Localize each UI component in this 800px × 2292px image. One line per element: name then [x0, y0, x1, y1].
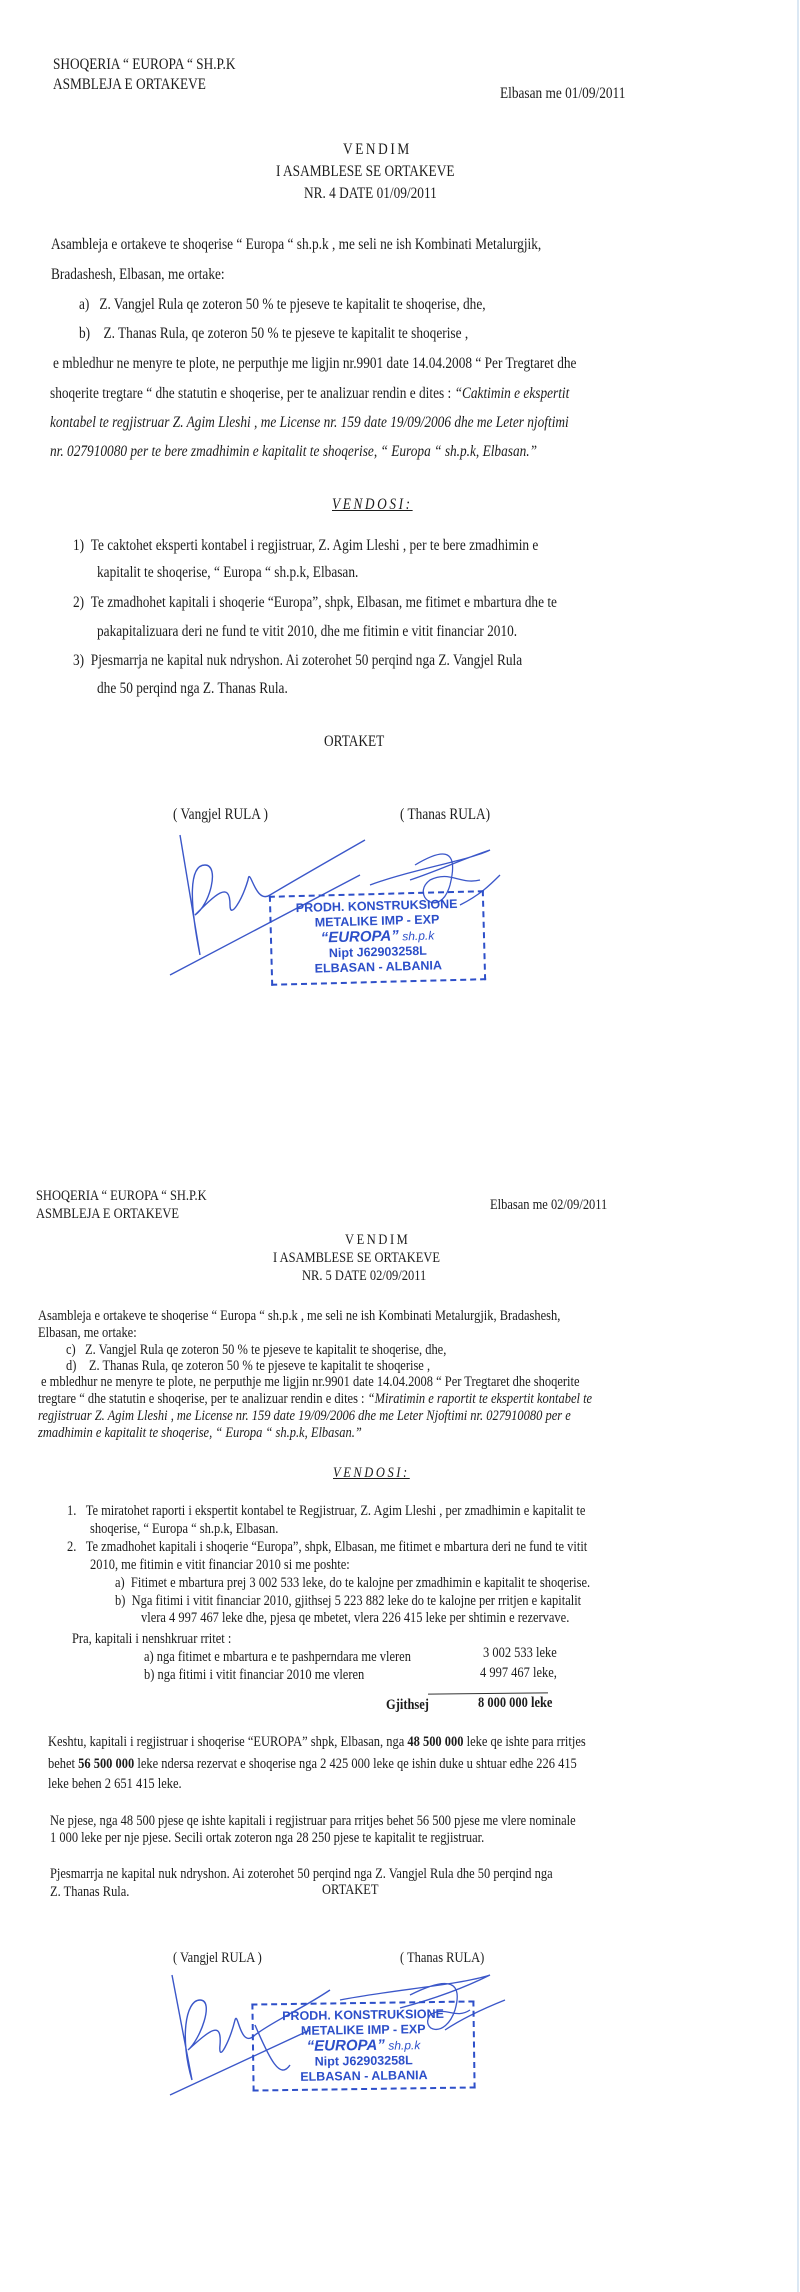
body-line: e mbledhur ne menyre te plote, ne perput…: [41, 1374, 580, 1391]
document-subtitle: I ASAMBLESE SE ORTAKEVE: [276, 163, 454, 181]
increase-row-value: 3 002 533 leke: [483, 1645, 557, 1662]
document-title: VENDIM: [345, 1232, 410, 1249]
scan-edge: [797, 0, 799, 2292]
partner-text: Z. Vangjel Rula qe zoteron 50 % te pjese…: [85, 1342, 446, 1358]
list-marker: c): [66, 1342, 76, 1358]
company-name: SHOQERIA “ EUROPA “ SH.P.K: [53, 56, 235, 74]
signatory-vangjel: ( Vangjel RULA ): [173, 1950, 262, 1967]
signatory-thanas: ( Thanas RULA): [400, 806, 490, 824]
stamp-location: ELBASAN - ALBANIA: [254, 2067, 473, 2085]
new-capital: 56 500 000: [78, 1756, 134, 1772]
stamp-company: “EUROPA”: [307, 2037, 385, 2055]
partners-heading: ORTAKET: [322, 1882, 378, 1899]
total-label: Gjithsej: [386, 1697, 429, 1714]
decision-text: shoqerise, “ Europa “ sh.p.k, Elbasan.: [90, 1521, 278, 1538]
place-date: Elbasan me 01/09/2011: [500, 85, 625, 103]
agenda-text: regjistruar Z. Agim Lleshi , me License …: [38, 1408, 571, 1425]
stamp-suffix: sh.p.k: [388, 2038, 420, 2052]
list-marker: a): [115, 1575, 125, 1591]
partner-text: Z. Thanas Rula, qe zoteron 50 % te pjese…: [89, 1358, 430, 1374]
agenda-text: “Caktimin e ekspertit: [455, 385, 570, 402]
decision-text: Te caktohet eksperti kontabel i regjistr…: [91, 537, 539, 554]
body-line: tregtare “ dhe statutin e shoqerise, per…: [38, 1391, 592, 1408]
decision-text: dhe 50 perqind nga Z. Thanas Rula.: [97, 680, 288, 698]
paragraph-text: behet: [48, 1756, 78, 1772]
agenda-text: nr. 027910080 per te bere zmadhimin e ka…: [50, 443, 537, 461]
signatory-vangjel: ( Vangjel RULA ): [173, 806, 268, 824]
intro-line: Elbasan, me ortake:: [38, 1325, 137, 1342]
paragraph-line: behet 56 500 000 leke ndersa rezervat e …: [48, 1756, 577, 1773]
stamp-company: “EUROPA”: [320, 927, 398, 946]
place-date: Elbasan me 02/09/2011: [490, 1197, 607, 1214]
document-number: NR. 5 DATE 02/09/2011: [302, 1268, 426, 1285]
decision-text: Te zmadhohet kapitali i shoqerie “Europa…: [91, 594, 557, 611]
list-marker: b): [115, 1593, 125, 1609]
stamp-line: PRODH. KONSTRUKSIONE: [253, 2006, 472, 2024]
paragraph-line: Ne pjese, nga 48 500 pjese qe ishte kapi…: [50, 1813, 576, 1830]
increase-row-label: b) nga fitimi i vitit financiar 2010 me …: [144, 1667, 364, 1684]
decision-item: 1. Te miratohet raporti i ekspertit kont…: [67, 1503, 585, 1520]
total-value: 8 000 000 leke: [478, 1695, 552, 1712]
increase-row-value: 4 997 467 leke,: [480, 1665, 557, 1682]
sub-item-text: Nga fitimi i vitit financiar 2010, gjith…: [132, 1593, 582, 1609]
assembly-name: ASMBLEJA E ORTAKEVE: [36, 1206, 179, 1223]
decision-item: 1) Te caktohet eksperti kontabel i regji…: [73, 537, 538, 555]
list-marker: 3): [73, 652, 84, 669]
partner-item: d) Z. Thanas Rula, qe zoteron 50 % te pj…: [66, 1358, 430, 1375]
company-stamp: PRODH. KONSTRUKSIONE METALIKE IMP - EXP …: [269, 890, 486, 986]
partners-heading: ORTAKET: [324, 733, 384, 751]
paragraph-line: Keshtu, kapitali i regjistruar i shoqeri…: [48, 1734, 586, 1751]
sub-item-text: Fitimet e mbartura prej 3 002 533 leke, …: [131, 1575, 590, 1591]
partner-item: b) Z. Thanas Rula, qe zoteron 50 % te pj…: [79, 325, 468, 343]
list-marker: 1.: [67, 1503, 76, 1519]
document-subtitle: I ASAMBLESE SE ORTAKEVE: [273, 1250, 440, 1267]
list-marker: 2.: [67, 1539, 76, 1555]
paragraph-line: 1 000 leke per nje pjese. Secili ortak z…: [50, 1830, 484, 1847]
body-line: e mbledhur ne menyre te plote, ne perput…: [53, 355, 576, 373]
decision-text: 2010, me fitimin e vitit financiar 2010 …: [90, 1557, 350, 1574]
partner-text: Z. Vangjel Rula qe zoteron 50 % te pjese…: [99, 296, 485, 313]
intro-line: Asambleja e ortakeve te shoqerise “ Euro…: [38, 1308, 560, 1325]
decision-item: 2) Te zmadhohet kapitali i shoqerie “Eur…: [73, 594, 557, 612]
company-name: SHOQERIA “ EUROPA “ SH.P.K: [36, 1188, 207, 1205]
agenda-text: kontabel te regjistruar Z. Agim Lleshi ,…: [50, 414, 569, 432]
body-text: tregtare “ dhe statutin e shoqerise, per…: [38, 1391, 368, 1407]
decision-text: kapitalit te shoqerise, “ Europa “ sh.p.…: [97, 564, 358, 582]
decision-text: Pjesmarrja ne kapital nuk ndryshon. Ai z…: [91, 652, 522, 669]
sub-item: a) Fitimet e mbartura prej 3 002 533 lek…: [115, 1575, 590, 1592]
decides-heading: VENDOSI:: [333, 1465, 410, 1482]
agenda-text: “Miratimin e raportit te ekspertit konta…: [368, 1391, 592, 1407]
decides-heading: VENDOSI:: [332, 496, 413, 514]
list-marker: b): [79, 325, 90, 342]
intro-line: Asambleja e ortakeve te shoqerise “ Euro…: [51, 236, 541, 254]
agenda-text: zmadhimin e kapitalit te shoqerise, “ Eu…: [38, 1425, 362, 1442]
signatory-thanas: ( Thanas RULA): [400, 1950, 484, 1967]
list-marker: a): [79, 296, 89, 313]
document-title: VENDIM: [343, 141, 412, 159]
paragraph-line: Z. Thanas Rula.: [50, 1884, 129, 1901]
partner-text: Z. Thanas Rula, qe zoteron 50 % te pjese…: [103, 325, 468, 342]
list-marker: d): [66, 1358, 76, 1374]
partner-item: c) Z. Vangjel Rula qe zoteron 50 % te pj…: [66, 1342, 446, 1359]
decision-text: pakapitalizuara deri ne fund te vitit 20…: [97, 623, 517, 641]
paragraph-line: Pjesmarrja ne kapital nuk ndryshon. Ai z…: [50, 1866, 553, 1883]
previous-capital: 48 500 000: [407, 1734, 463, 1750]
paragraph-text: Keshtu, kapitali i regjistruar i shoqeri…: [48, 1734, 407, 1750]
decision-text: Te miratohet raporti i ekspertit kontabe…: [86, 1503, 586, 1519]
body-text: shoqerite tregtare “ dhe statutin e shoq…: [50, 385, 455, 402]
paragraph-line: leke behen 2 651 415 leke.: [48, 1776, 182, 1793]
partner-item: a) Z. Vangjel Rula qe zoteron 50 % te pj…: [79, 296, 486, 314]
body-line: shoqerite tregtare “ dhe statutin e shoq…: [50, 385, 569, 403]
intro-line: Bradashesh, Elbasan, me ortake:: [51, 266, 225, 284]
list-marker: 1): [73, 537, 84, 554]
decision-item: 2. Te zmadhohet kapitali i shoqerie “Eur…: [67, 1539, 587, 1556]
list-marker: 2): [73, 594, 84, 611]
increase-row-label: a) nga fitimet e mbartura e te pashpernd…: [144, 1649, 411, 1666]
paragraph-text: leke qe ishte para rritjes: [463, 1734, 585, 1750]
document-number: NR. 4 DATE 01/09/2011: [304, 185, 437, 203]
decision-item: 3) Pjesmarrja ne kapital nuk ndryshon. A…: [73, 652, 522, 670]
paragraph-text: leke ndersa rezervat e shoqerise nga 2 4…: [134, 1756, 577, 1772]
decision-text: Te zmadhohet kapitali i shoqerie “Europa…: [86, 1539, 588, 1555]
increase-intro: Pra, kapitali i nenshkruar rritet :: [72, 1631, 231, 1648]
company-stamp: PRODH. KONSTRUKSIONE METALIKE IMP - EXP …: [251, 2000, 475, 2091]
stamp-suffix: sh.p.k: [402, 929, 434, 944]
sub-item: b) Nga fitimi i vitit financiar 2010, gj…: [115, 1593, 581, 1610]
sub-item-text: vlera 4 997 467 leke dhe, pjesa qe mbete…: [141, 1610, 569, 1627]
assembly-name: ASMBLEJA E ORTAKEVE: [53, 76, 206, 94]
